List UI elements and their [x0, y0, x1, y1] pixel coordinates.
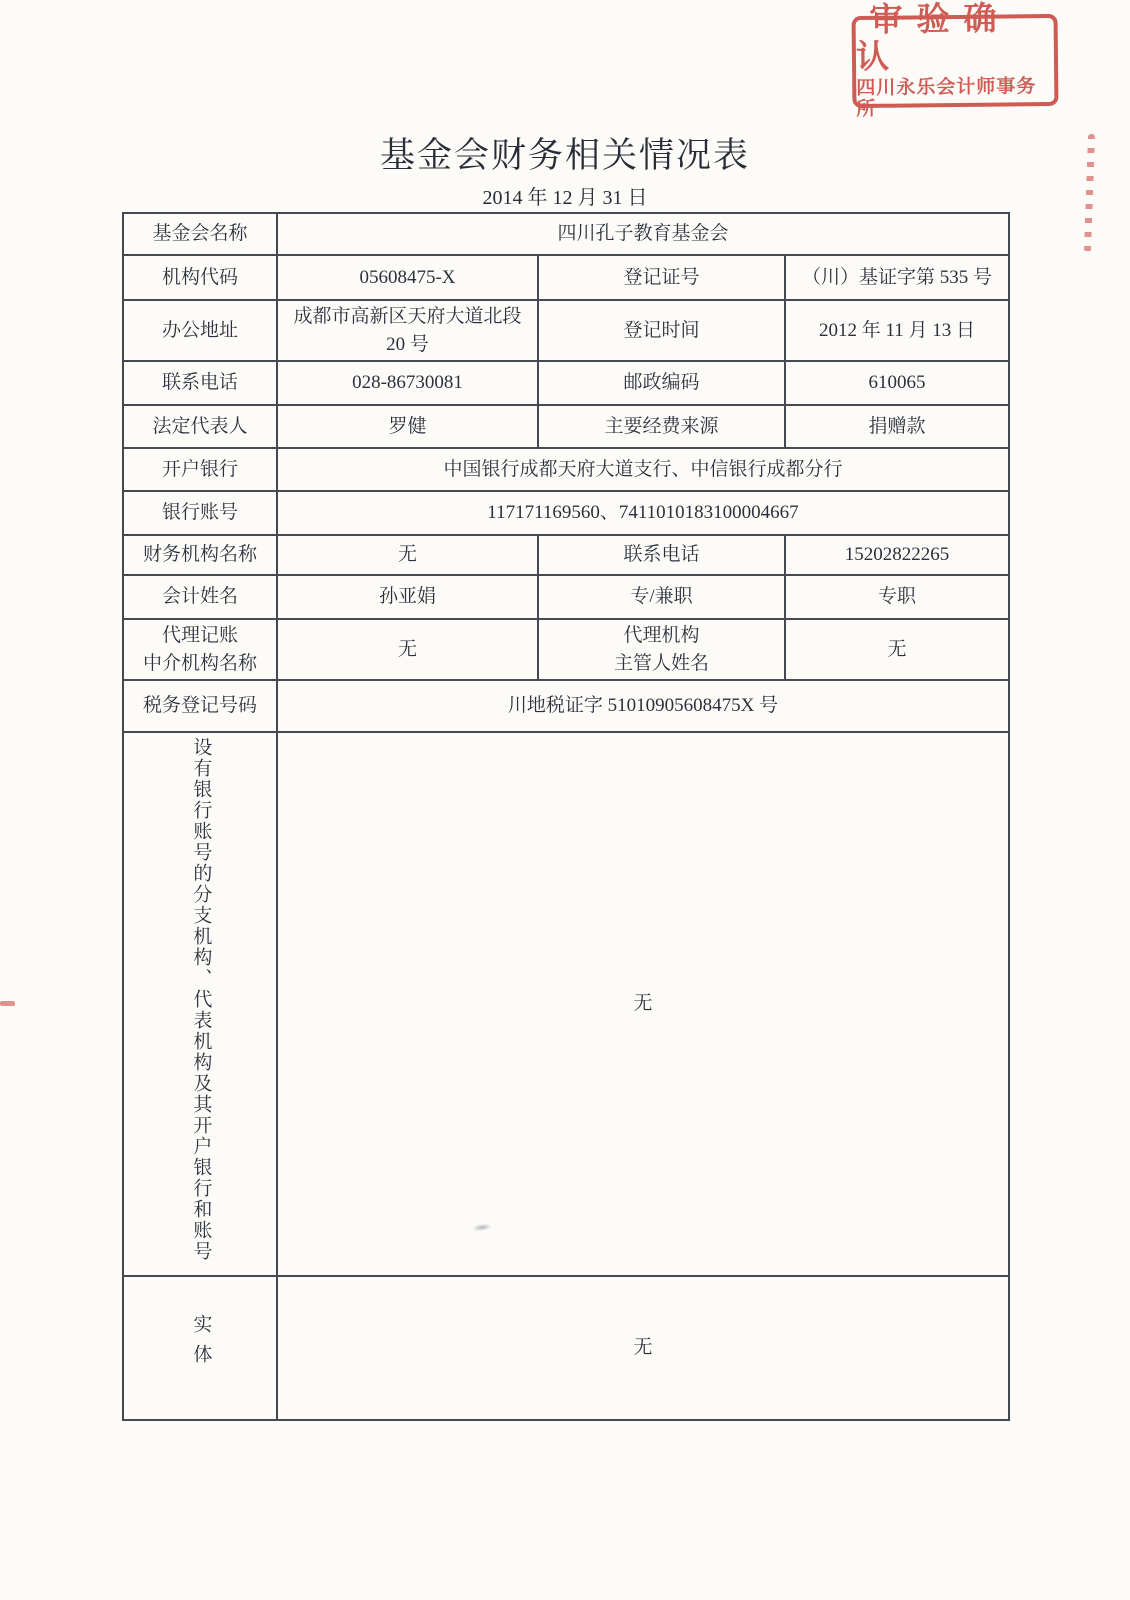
- table-row: 实体 无: [123, 1276, 1009, 1420]
- reg-time-label: 登记时间: [538, 300, 785, 361]
- page-title: 基金会财务相关情况表: [122, 128, 1008, 178]
- foundation-finance-table: 基金会名称 四川孔子教育基金会 机构代码 05608475-X 登记证号 （川）…: [122, 212, 1010, 1421]
- branches-accounts-value: 无: [277, 732, 1009, 1276]
- table-row: 银行账号 117171169560、7411010183100004667: [123, 491, 1009, 535]
- bookkeeping-agency-label: 代理记账 中介机构名称: [123, 619, 277, 680]
- audit-stamp-title: 审验确认: [855, 1, 1054, 76]
- table-row: 设有银行账号的分支机构、代表机构及其开户银行和账号 无: [123, 732, 1009, 1276]
- contact-phone-label: 联系电话: [123, 361, 277, 405]
- finance-org-label: 财务机构名称: [123, 535, 277, 575]
- bank-account-label: 银行账号: [123, 491, 277, 535]
- table-row: 税务登记号码 川地税证字 51010905608475X 号: [123, 680, 1009, 732]
- table-row: 联系电话 028-86730081 邮政编码 610065: [123, 361, 1009, 405]
- table-row: 财务机构名称 无 联系电话 15202822265: [123, 535, 1009, 575]
- scanned-document-page: 审验确认 四川永乐会计师事务所 基金会财务相关情况表 2014 年 12 月 3…: [0, 0, 1130, 1600]
- funding-source-value: 捐赠款: [785, 405, 1009, 448]
- accountant-name-value: 孙亚娟: [277, 575, 538, 619]
- accountant-name-label: 会计姓名: [123, 575, 277, 619]
- entity-label-text: 实体: [189, 1314, 212, 1374]
- red-ink-artifact-right-edge: [1084, 134, 1095, 252]
- fulltime-parttime-value: 专职: [785, 575, 1009, 619]
- postal-code-value: 610065: [785, 361, 1009, 405]
- table-row: 会计姓名 孙亚娟 专/兼职 专职: [123, 575, 1009, 619]
- org-code-value: 05608475-X: [277, 255, 538, 300]
- postal-code-label: 邮政编码: [538, 361, 785, 405]
- deposit-bank-label: 开户银行: [123, 448, 277, 491]
- bookkeeping-agency-value: 无: [277, 619, 538, 680]
- agency-manager-value: 无: [785, 619, 1009, 680]
- fulltime-parttime-label: 专/兼职: [538, 575, 785, 619]
- office-address-label: 办公地址: [123, 300, 277, 361]
- deposit-bank-value: 中国银行成都天府大道支行、中信银行成都分行: [277, 448, 1009, 491]
- table-row: 法定代表人 罗健 主要经费来源 捐赠款: [123, 405, 1009, 448]
- table-row: 代理记账 中介机构名称 无 代理机构 主管人姓名 无: [123, 619, 1009, 680]
- entity-label: 实体: [123, 1276, 277, 1420]
- table-row: 开户银行 中国银行成都天府大道支行、中信银行成都分行: [123, 448, 1009, 491]
- audit-stamp-firm: 四川永乐会计师事务所: [856, 77, 1054, 121]
- audit-stamp: 审验确认 四川永乐会计师事务所: [852, 14, 1059, 108]
- legal-rep-label: 法定代表人: [123, 405, 277, 448]
- reg-time-value: 2012 年 11 月 13 日: [785, 300, 1009, 361]
- foundation-name-value: 四川孔子教育基金会: [277, 213, 1009, 255]
- finance-phone-value: 15202822265: [785, 535, 1009, 575]
- org-code-label: 机构代码: [123, 255, 277, 300]
- entity-value: 无: [277, 1276, 1009, 1420]
- tax-reg-value: 川地税证字 51010905608475X 号: [277, 680, 1009, 732]
- contact-phone-value: 028-86730081: [277, 361, 538, 405]
- agency-manager-label: 代理机构 主管人姓名: [538, 619, 785, 680]
- table-row: 办公地址 成都市高新区天府大道北段 20 号 登记时间 2012 年 11 月 …: [123, 300, 1009, 361]
- report-date: 2014 年 12 月 31 日: [122, 181, 1008, 210]
- branches-accounts-label: 设有银行账号的分支机构、代表机构及其开户银行和账号: [123, 732, 277, 1276]
- reg-cert-label: 登记证号: [538, 255, 785, 300]
- funding-source-label: 主要经费来源: [538, 405, 785, 448]
- tax-reg-label: 税务登记号码: [123, 680, 277, 732]
- table-row: 机构代码 05608475-X 登记证号 （川）基证字第 535 号: [123, 255, 1009, 300]
- table-row: 基金会名称 四川孔子教育基金会: [123, 213, 1009, 255]
- bank-account-value: 117171169560、7411010183100004667: [277, 491, 1009, 535]
- finance-org-value: 无: [277, 535, 538, 575]
- foundation-name-label: 基金会名称: [123, 213, 277, 255]
- red-ink-artifact-left-edge: [0, 1001, 15, 1006]
- reg-cert-value: （川）基证字第 535 号: [785, 255, 1009, 300]
- office-address-value: 成都市高新区天府大道北段 20 号: [277, 300, 538, 361]
- branches-accounts-label-text: 设有银行账号的分支机构、代表机构及其开户银行和账号: [189, 737, 212, 1262]
- finance-phone-label: 联系电话: [538, 535, 785, 575]
- legal-rep-value: 罗健: [277, 405, 538, 448]
